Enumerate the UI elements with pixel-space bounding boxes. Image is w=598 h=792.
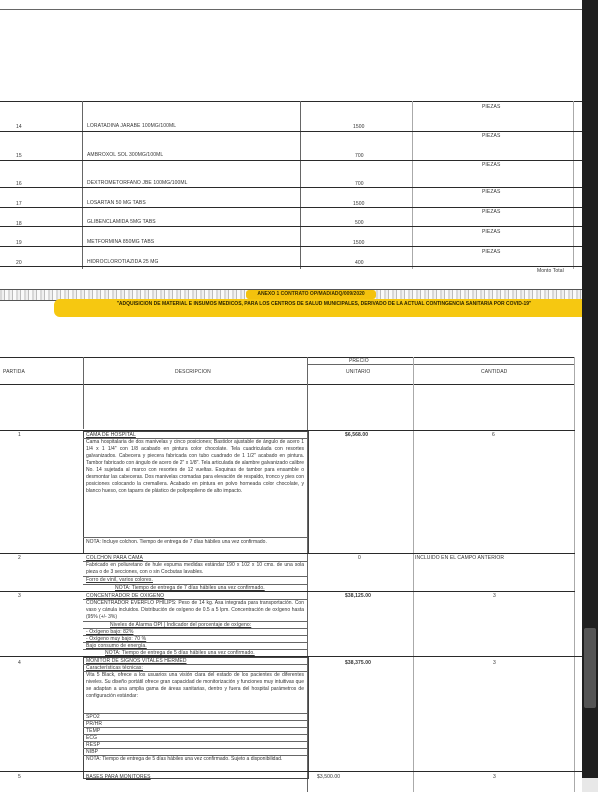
item-partida: 4 — [18, 660, 21, 666]
item-quantity: 3 — [493, 774, 496, 780]
item-description: CONCENTRADOR EVERFLO PHILIPS: Peso de 14… — [86, 600, 304, 621]
item-note: NOTA: Incluye colchon. Tiempo de entrega… — [86, 539, 304, 546]
header-cantidad: CANTIDAD — [481, 369, 507, 375]
row-divider — [0, 160, 582, 161]
header-descripcion: DESCRIPCION — [175, 369, 211, 375]
row-divider — [0, 246, 582, 247]
unit-cell: PIEZAS — [482, 104, 500, 110]
unit-cell: PIEZAS — [482, 133, 500, 139]
quantity-cell: 1500 — [353, 124, 365, 130]
vertical-scrollbar[interactable] — [582, 0, 598, 792]
scrollbar-thumb[interactable] — [584, 628, 596, 708]
column-divider — [573, 101, 574, 269]
header-unitario: UNITARIO — [346, 369, 370, 375]
partida-cell: 19 — [16, 240, 22, 246]
item-quantity: INCLUIDO EN EL CAMPO ANTERIOR — [415, 555, 504, 561]
scrollbar-corner — [582, 778, 598, 792]
item-description: Cama hospitalaria de dos manivelas y cin… — [86, 439, 304, 495]
row-divider — [0, 553, 575, 554]
column-divider — [413, 357, 414, 792]
partida-cell: 20 — [16, 260, 22, 266]
item-partida: 3 — [18, 593, 21, 599]
row-divider — [0, 101, 582, 102]
partida-cell: 15 — [16, 153, 22, 159]
item-price: $38,125.00 — [345, 593, 371, 599]
row-divider — [0, 771, 582, 772]
row-divider — [0, 591, 575, 592]
header-divider — [307, 364, 575, 365]
cell-divider — [83, 713, 307, 714]
partida-cell: 17 — [16, 201, 22, 207]
cell-divider — [83, 734, 307, 735]
description-cell: AMBROXOL SOL 300MG/100ML — [87, 152, 163, 158]
row-divider — [0, 226, 582, 227]
item-description: Fabricado en poliuretano de hule espuma … — [86, 562, 304, 576]
quantity-cell: 1500 — [353, 201, 365, 207]
row-divider — [0, 131, 582, 132]
unit-cell: PIEZAS — [482, 209, 500, 215]
item-partida: 2 — [18, 555, 21, 561]
header-partida: PARTIDA — [3, 369, 25, 375]
cell-divider — [83, 748, 307, 749]
unit-cell: PIEZAS — [482, 229, 500, 235]
quantity-cell: 400 — [355, 260, 364, 266]
unit-cell: PIEZAS — [482, 249, 500, 255]
item-price: $6,568.00 — [345, 432, 368, 438]
description-cell: METFORMINA 850MG TABS — [87, 239, 154, 245]
item-price: $3,500.00 — [317, 774, 340, 780]
quantity-cell: 700 — [355, 153, 364, 159]
cell-divider — [83, 720, 307, 721]
quantity-cell: 500 — [355, 220, 364, 226]
item-price: $38,375.00 — [345, 660, 371, 666]
unit-cell: PIEZAS — [482, 189, 500, 195]
header-bottom-border — [0, 384, 575, 385]
quantity-cell: 1500 — [353, 240, 365, 246]
quantity-cell: 700 — [355, 181, 364, 187]
annex-subtitle: "ADQUISICION DE MATERIAL E INSUMOS MEDIC… — [54, 299, 594, 317]
item-quantity: 6 — [492, 432, 495, 438]
item-note: NOTA: Tiempo de entrega de 5 días hábile… — [86, 756, 304, 763]
row-divider — [0, 187, 582, 188]
column-divider — [574, 357, 575, 792]
header-top-border — [0, 357, 575, 358]
item-quantity: 3 — [493, 660, 496, 666]
item-detail: Forro de vinil, varios colores. — [86, 577, 153, 583]
partida-cell: 14 — [16, 124, 22, 130]
description-cell: DEXTROMETORFANO JBE 100MG/100ML — [87, 180, 188, 186]
partida-cell: 16 — [16, 181, 22, 187]
description-cell: GLIBENCLAMIDA 5MG TABS — [87, 219, 156, 225]
document-page: 14 LORATADINA JARABE 100MG/100ML 1500 PI… — [0, 0, 582, 792]
description-cell: LORATADINA JARABE 100MG/100ML — [87, 123, 176, 129]
row-divider — [0, 207, 582, 208]
partida-cell: 18 — [16, 221, 22, 227]
header-precio: PRECIO — [349, 358, 369, 364]
row-divider — [0, 9, 582, 10]
cell-divider — [83, 741, 307, 742]
item-title: BASES PARA MONITORES — [86, 774, 151, 780]
item-partida: 1 — [18, 432, 21, 438]
total-label: Monto Total — [537, 268, 564, 274]
column-divider — [412, 101, 413, 269]
description-cell: HIDROCLOROTIAZIDA 25 MG — [87, 259, 158, 265]
unit-cell: PIEZAS — [482, 162, 500, 168]
annex-title: ANEXO 1 CONTRATO OP/MAD/ADQ/009/2020 — [246, 290, 376, 299]
column-divider — [83, 357, 84, 429]
item-description: Vita 5 Black, ofrece a los usuarios una … — [86, 672, 304, 700]
column-divider — [300, 101, 301, 269]
description-cell: LOSARTAN 50 MG TABS — [87, 200, 146, 206]
item-quantity: 3 — [493, 593, 496, 599]
cell-divider — [83, 537, 307, 538]
column-divider — [82, 101, 83, 269]
row-divider — [0, 266, 582, 267]
item-partida: 5 — [18, 774, 21, 780]
item-price: 0 — [358, 555, 361, 561]
cell-divider — [83, 727, 307, 728]
